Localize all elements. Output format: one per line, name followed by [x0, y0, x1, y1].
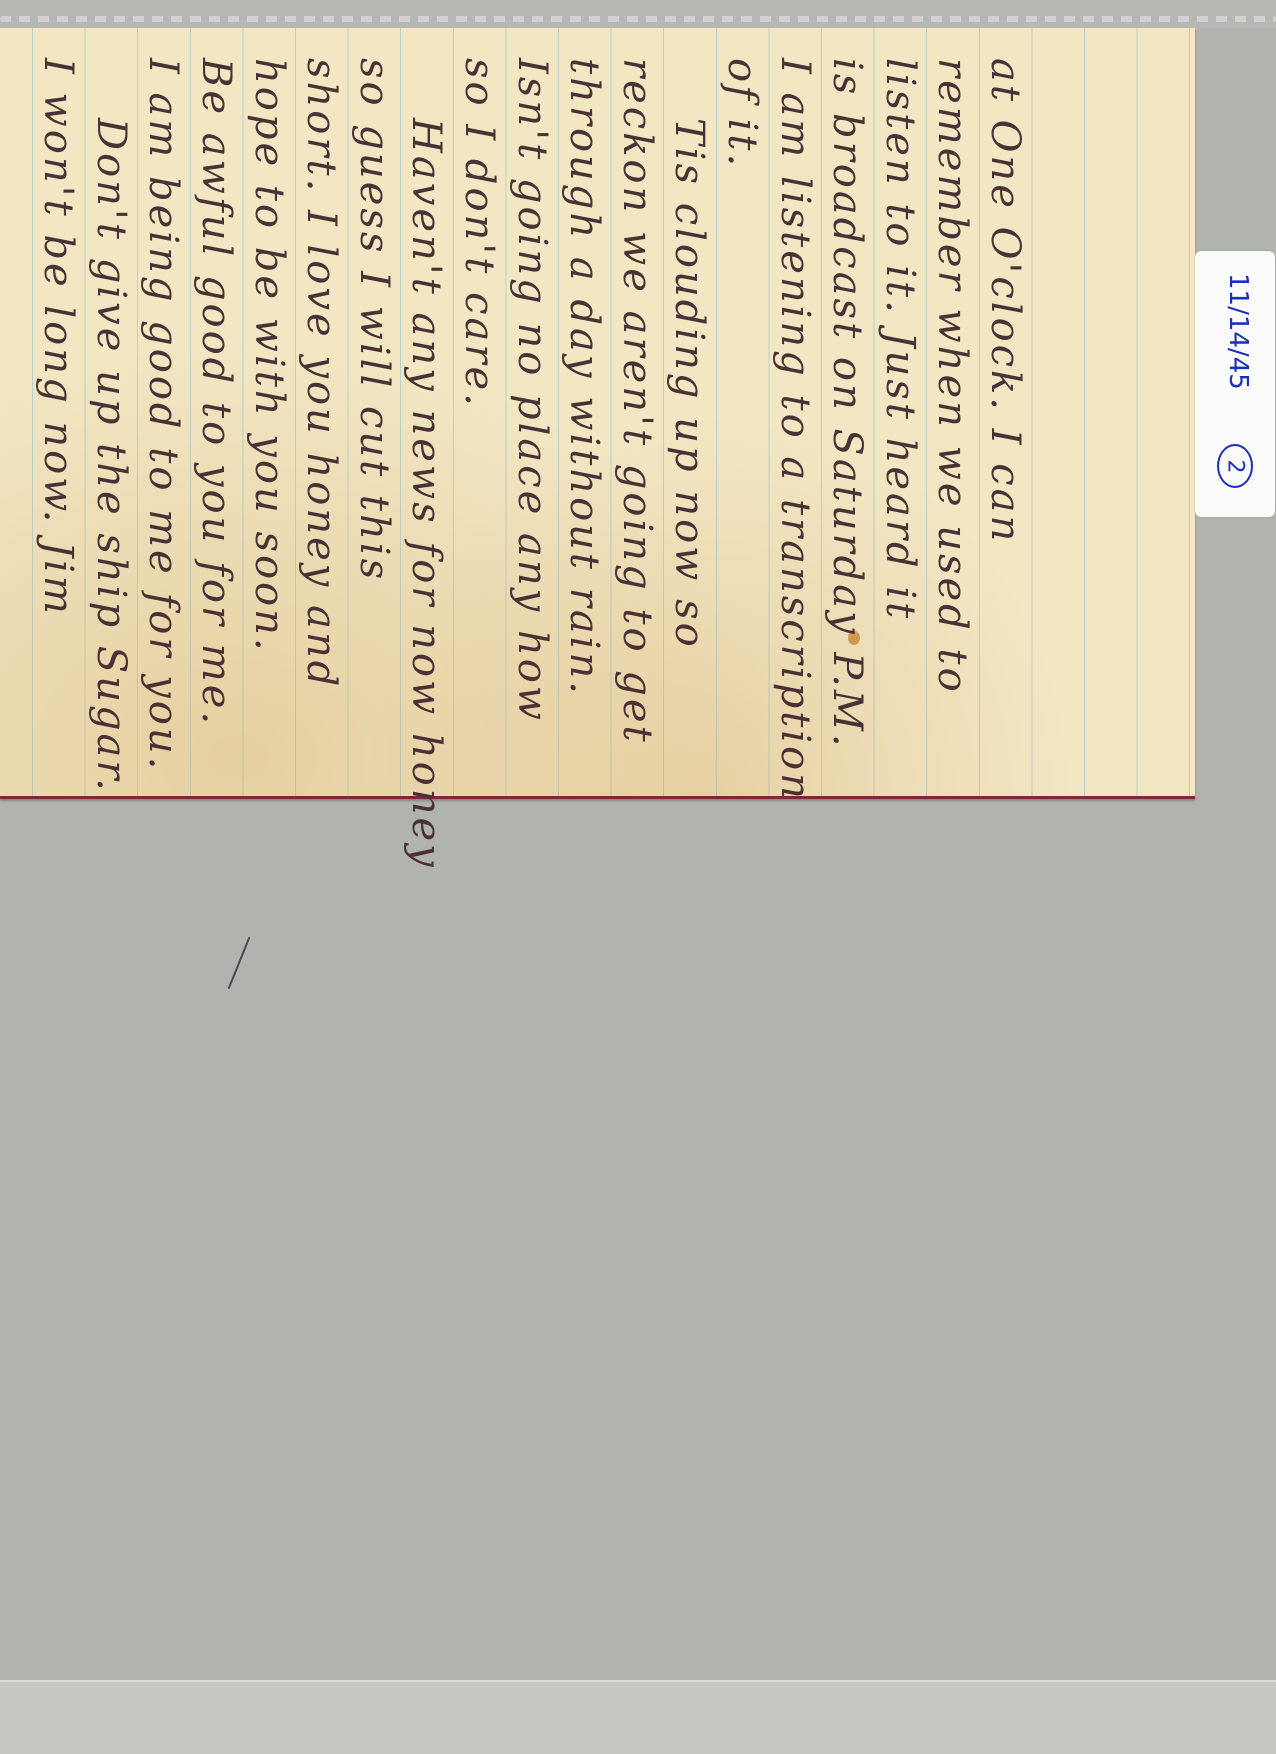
handwritten-line: Haven't any news for now honey	[401, 28, 453, 796]
handwritten-line: of it.	[717, 28, 769, 796]
handwritten-line-text: listen to it. Just heard it	[877, 58, 923, 621]
sheet-protector-top	[0, 0, 1276, 28]
handwritten-line: is broadcast on Saturday P.M.	[822, 28, 874, 796]
handwritten-line: I won't be long now. Jim	[33, 28, 85, 796]
handwritten-line-text: remember when we used to	[929, 58, 975, 695]
handwritten-line: Isn't going no place any how	[507, 28, 559, 796]
handwritten-line: listen to it. Just heard it	[875, 28, 927, 796]
handwritten-line-text: so guess I will cut this	[351, 58, 397, 582]
handwritten-line: so guess I will cut this	[349, 28, 401, 796]
handwritten-line-text: of it.	[719, 58, 765, 169]
handwritten-line: at One O'clock. I can	[980, 28, 1032, 796]
handwritten-line-text: I am listening to a transcription	[772, 58, 818, 802]
handwritten-line: I am being good to me for you.	[138, 28, 190, 796]
handwritten-line-text: so I don't care.	[456, 58, 502, 409]
handwritten-line-text: reckon we aren't going to get	[614, 58, 660, 745]
sheet-protector-bottom	[0, 1680, 1276, 1754]
dust-fiber	[228, 937, 251, 990]
handwritten-line-text: Haven't any news for now honey	[403, 58, 449, 870]
handwritten-line-text: I am being good to me for you.	[140, 58, 186, 772]
handwritten-line-text: is broadcast on Saturday P.M.	[824, 58, 870, 750]
handwritten-line-text: Be awful good to you for me.	[193, 58, 239, 727]
handwritten-line: so I don't care.	[454, 28, 506, 796]
handwritten-line: Tis clouding up now so	[664, 28, 716, 796]
handwritten-line-text: through a day without rain.	[561, 58, 607, 697]
handwritten-line: remember when we used to	[927, 28, 979, 796]
handwritten-line-text: Isn't going no place any how	[509, 58, 555, 723]
page-number: 2	[1223, 459, 1248, 473]
handwritten-line-text: Don't give up the ship Sugar.	[88, 58, 134, 794]
handwritten-line: reckon we aren't going to get	[612, 28, 664, 796]
handwritten-line-text: short. I love you honey and	[298, 58, 344, 689]
page-number-circle: 2	[1217, 444, 1253, 488]
handwritten-line: Don't give up the ship Sugar.	[86, 28, 138, 796]
handwritten-line: short. I love you honey and	[296, 28, 348, 796]
letter-page: at One O'clock. I canremember when we us…	[0, 28, 1195, 799]
handwritten-line: Be awful good to you for me.	[191, 28, 243, 796]
sheet-protector-perforations	[0, 16, 1276, 22]
archive-tag: 11/14/45 2	[1195, 251, 1275, 517]
tag-date: 11/14/45	[1223, 273, 1253, 390]
handwritten-line-text: I won't be long now. Jim	[35, 58, 81, 617]
handwritten-line-text: at One O'clock. I can	[982, 58, 1028, 544]
handwritten-line: hope to be with you soon.	[244, 28, 296, 796]
handwritten-line-text: Tis clouding up now so	[666, 58, 712, 650]
handwritten-line: I am listening to a transcription	[770, 28, 822, 796]
handwritten-line-text: hope to be with you soon.	[246, 58, 292, 654]
handwritten-line: through a day without rain.	[559, 28, 611, 796]
